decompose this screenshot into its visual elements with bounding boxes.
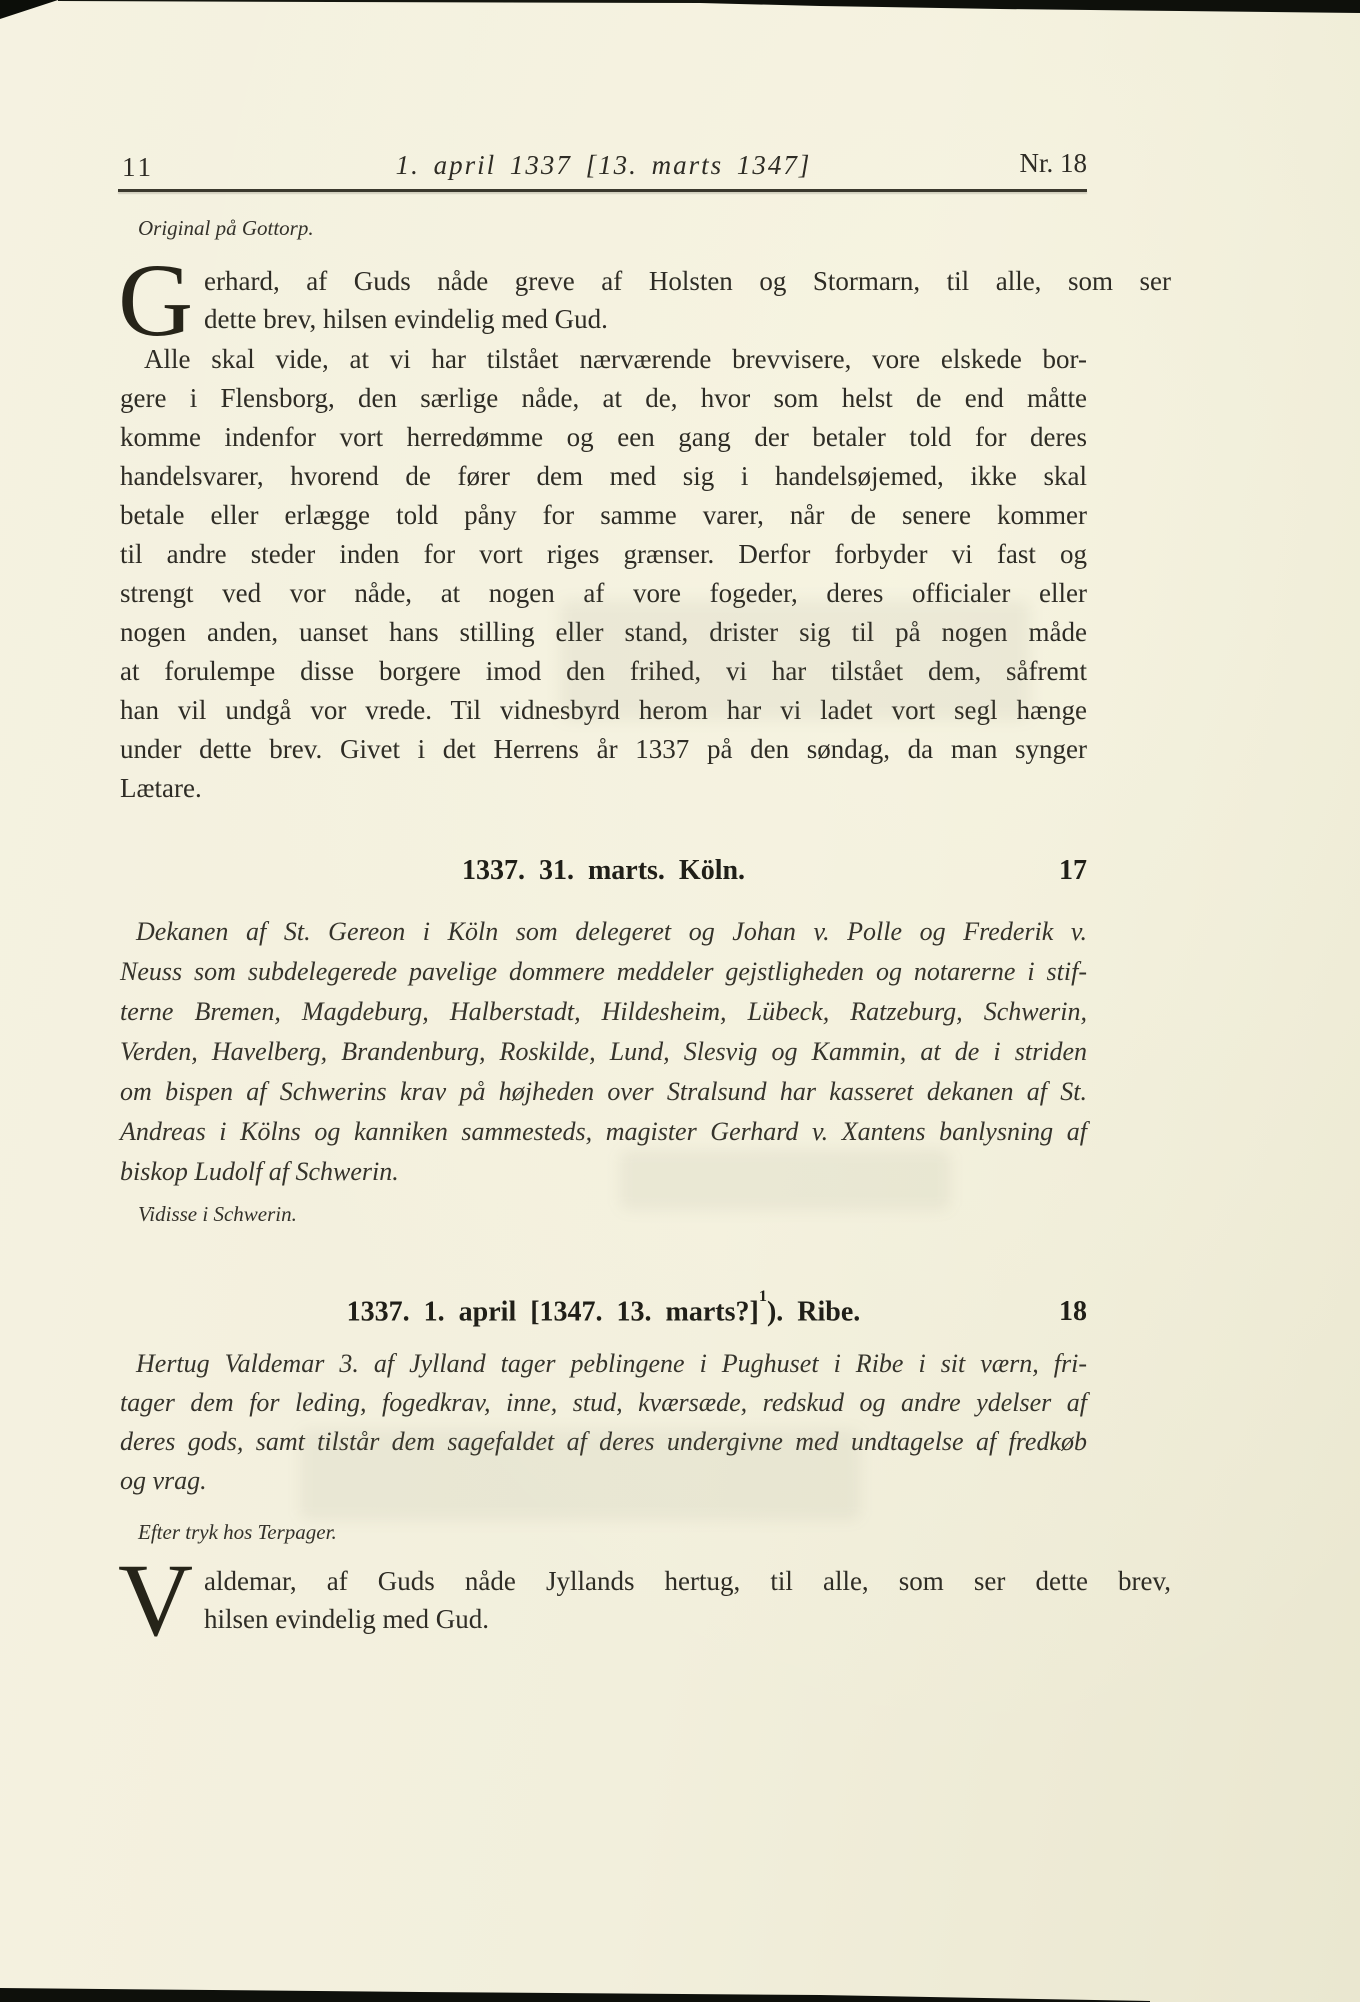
running-head-date: 1. april 1337 [13. marts 1347]	[120, 148, 1087, 181]
text-line: Alle skal vide, at vi har tilstået nærvæ…	[120, 340, 1087, 379]
text-line: betale eller erlægge told påny for samme…	[120, 496, 1087, 535]
page-number: 11	[122, 152, 154, 183]
text-line: Dekanen af St. Gereon i Köln som deleger…	[120, 912, 1087, 952]
text-line: handelsvarer, hvorend de fører dem med s…	[120, 457, 1087, 496]
scan-artifact-top-edge	[0, 0, 1360, 22]
text-line: Lætare.	[120, 769, 1087, 808]
source-note-terpager: Efter tryk hos Terpager.	[138, 1520, 337, 1545]
running-head-number: Nr. 18	[1020, 148, 1088, 179]
entry-17-heading-row: 1337. 31. marts. Köln. 17	[120, 855, 1087, 891]
entry-18-heading: 1337. 1. april [1347. 13. marts?]1). Rib…	[120, 1296, 1087, 1328]
text-line: dette brev, hilsen evindelig med Gud.	[204, 300, 1171, 338]
text-line: Neuss som subdelegerede pavelige dommere…	[120, 952, 1087, 992]
text-line: om bispen af Schwerins krav på højheden …	[120, 1072, 1087, 1112]
entry-18-heading-row: 1337. 1. april [1347. 13. marts?]1). Rib…	[120, 1296, 1087, 1332]
text-line: komme indenfor vort herredømme og een ga…	[120, 418, 1087, 457]
text-line: til andre steder inden for vort riges gr…	[120, 535, 1087, 574]
text-line: under dette brev. Givet i det Herrens år…	[120, 730, 1087, 769]
text-line: Verden, Havelberg, Brandenburg, Roskilde…	[120, 1032, 1087, 1072]
entry-18-footnote-mark: 1	[759, 1287, 767, 1305]
entry-18-heading-tail: ). Ribe.	[767, 1296, 860, 1327]
text-line: erhard, af Guds nåde greve af Holsten og…	[204, 262, 1171, 300]
running-head: 11 1. april 1337 [13. marts 1347] Nr. 18	[120, 148, 1087, 188]
page-showthrough-smudge	[300, 1430, 860, 1520]
entry-18-heading-main: 1337. 1. april [1347. 13. marts?]	[347, 1296, 759, 1327]
archive-note-schwerin: Vidisse i Schwerin.	[138, 1202, 297, 1227]
gerhard-body-paragraph: Alle skal vide, at vi har tilstået nærvæ…	[120, 340, 1087, 808]
scan-artifact-bottom-edge	[0, 1986, 1360, 2002]
text-line: aldemar, af Guds nåde Jyllands hertug, t…	[204, 1562, 1171, 1600]
text-line: gere i Flensborg, den særlige nåde, at d…	[120, 379, 1087, 418]
text-line: Andreas i Kölns og kanniken sammesteds, …	[120, 1112, 1087, 1152]
drop-cap-G: G	[118, 258, 193, 343]
text-line: terne Bremen, Magdeburg, Halberstadt, Hi…	[120, 992, 1087, 1032]
book-page: 11 1. april 1337 [13. marts 1347] Nr. 18…	[0, 0, 1360, 2002]
header-rule	[118, 189, 1087, 192]
entry-17-heading: 1337. 31. marts. Köln.	[120, 855, 1087, 887]
entry-18-number: 18	[1059, 1296, 1087, 1328]
valdemar-salutation: V aldemar, af Guds nåde Jyllands hertug,…	[120, 1562, 1171, 1638]
text-line: tager dem for leding, fogedkrav, inne, s…	[120, 1383, 1087, 1422]
archive-note-gottorp: Original på Gottorp.	[138, 216, 314, 241]
drop-cap-V: V	[118, 1558, 193, 1643]
page-showthrough-smudge	[620, 1150, 950, 1210]
page-showthrough-smudge	[560, 600, 1030, 720]
entry-17-number: 17	[1059, 855, 1087, 887]
text-line: Hertug Valdemar 3. af Jylland tager pebl…	[120, 1344, 1087, 1383]
text-line: hilsen evindelig med Gud.	[204, 1600, 1171, 1638]
gerhard-salutation: G erhard, af Guds nåde greve af Holsten …	[120, 262, 1171, 338]
